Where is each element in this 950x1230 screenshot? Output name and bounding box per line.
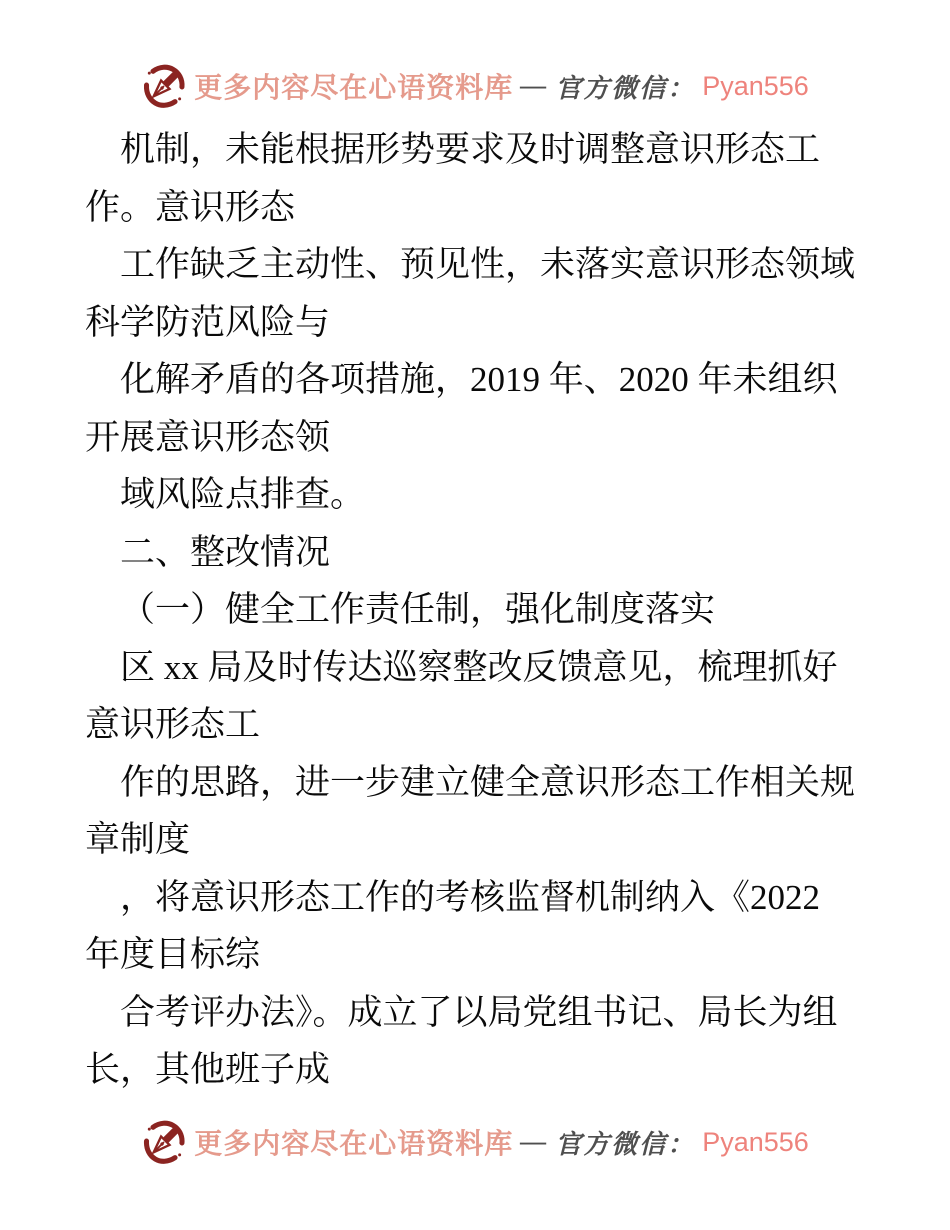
text-line: 区 xx 局及时传达巡察整改反馈意见，梳理抓好 bbox=[85, 639, 875, 697]
watermark-wechat-label: 官方微信： bbox=[555, 68, 695, 105]
text-line: 章制度 bbox=[85, 811, 875, 869]
text-line: （一）健全工作责任制，强化制度落实 bbox=[85, 581, 875, 639]
watermark-brand-text: 更多内容尽在心语资料库 bbox=[194, 1122, 513, 1162]
watermark-separator: — bbox=[520, 71, 548, 101]
document-body: 机制，未能根据形势要求及时调整意识形态工作。意识形态工作缺乏主动性、预见性，未落… bbox=[85, 121, 875, 1099]
header-watermark: 更多内容尽在心语资料库 — 官方微信： Pyan556 bbox=[0, 62, 950, 110]
text-line: 开展意识形态领 bbox=[85, 409, 875, 467]
text-line: 年度目标综 bbox=[85, 926, 875, 984]
text-line: 作的思路，进一步建立健全意识形态工作相关规 bbox=[85, 754, 875, 812]
watermark-separator: — bbox=[520, 1127, 548, 1157]
text-line: 作。意识形态 bbox=[85, 179, 875, 237]
text-line: 机制，未能根据形势要求及时调整意识形态工 bbox=[85, 121, 875, 179]
watermark-wechat-id: Pyan556 bbox=[702, 71, 809, 102]
text-line: 意识形态工 bbox=[85, 696, 875, 754]
watermark-wechat-id: Pyan556 bbox=[702, 1127, 809, 1158]
pen-swirl-logo-icon bbox=[141, 1118, 187, 1166]
text-line: ，将意识形态工作的考核监督机制纳入《2022 bbox=[85, 869, 875, 927]
document-page: { "watermark": { "brand_text": "更多内容尽在心语… bbox=[0, 0, 950, 1230]
text-line: 二、整改情况 bbox=[85, 524, 875, 582]
pen-swirl-logo-icon bbox=[141, 62, 187, 110]
text-line: 合考评办法》。成立了以局党组书记、局长为组 bbox=[85, 984, 875, 1042]
watermark-wechat-label: 官方微信： bbox=[555, 1124, 695, 1161]
text-line: 长，其他班子成 bbox=[85, 1041, 875, 1099]
footer-watermark: 更多内容尽在心语资料库 — 官方微信： Pyan556 bbox=[0, 1118, 950, 1166]
text-line: 化解矛盾的各项措施，2019 年、2020 年未组织 bbox=[85, 351, 875, 409]
watermark-brand-text: 更多内容尽在心语资料库 bbox=[194, 66, 513, 106]
text-line: 科学防范风险与 bbox=[85, 294, 875, 352]
text-line: 工作缺乏主动性、预见性，未落实意识形态领域 bbox=[85, 236, 875, 294]
text-line: 域风险点排查。 bbox=[85, 466, 875, 524]
